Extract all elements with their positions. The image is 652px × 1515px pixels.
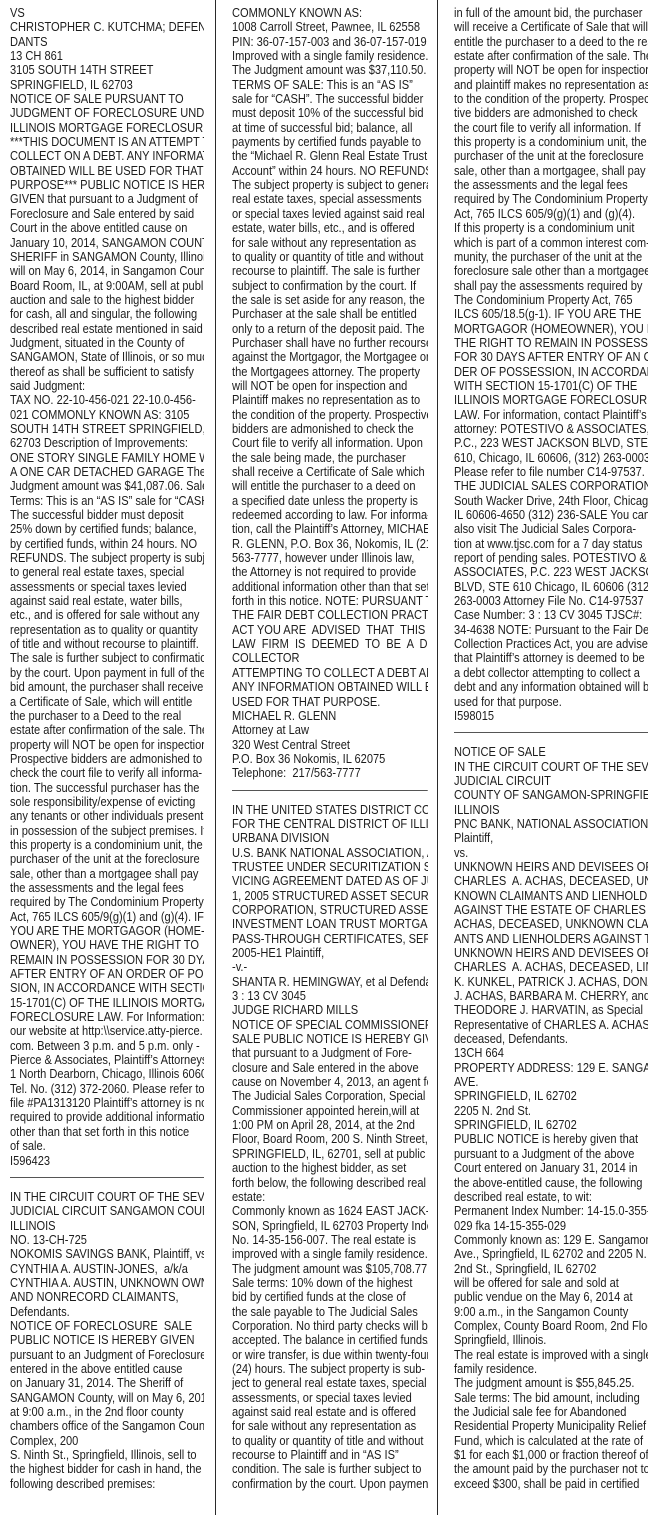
notice-text-line: estate, water bills, etc., and is offere… [232,221,428,235]
notice-text-line: 1 North Dearborn, Chicago, Illinois 6060… [10,1067,204,1081]
notice-text-line: 029 fka 14-15-355-029 [454,1219,648,1233]
notice-text-line: will be offered for sale and sold at [454,1276,648,1290]
column-3: in full of the amount bid, the purchaser… [454,6,648,1515]
notice-text-line: pursuant to a Judgment of the above [454,1147,648,1161]
notice-text-line: will receive a Certificate of Sale that … [454,20,648,34]
notice-text-line: Board Room, IL, at 9:00AM, sell at publi… [10,279,204,293]
notice-text-line: subject to confirmation by the court. If [232,279,428,293]
notice-text-line: IL 60606-4650 (312) 236-SALE You can [454,508,648,522]
notice-text-line: 34-4638 NOTE: Pursuant to the Fair Debt [454,623,648,637]
notice-text-line: ILLINOIS MORTGAGE FORECLOSURE ACT [10,121,204,135]
notice-text-line: ASSOCIATES, P.C. 223 WEST JACKSON [454,565,648,579]
notice-text-line: assessments or special taxes levied [10,580,204,594]
notice-text-line: the highest bidder for cash in hand, the [10,1462,204,1476]
notice-text-line: SPRINGFIELD, IL, 62701, sell at public [232,1147,428,1161]
notice-text-line: attorney: POTESTIVO & ASSOCIATES, [454,422,648,436]
notice-text-line: condition. The sale is further subject t… [232,1462,428,1476]
notice-text-line: The Judicial Sales Corporation, Special [232,1089,428,1103]
notice-text-line: purchaser of the unit at the foreclosure [454,149,648,163]
notice-text-line: P.O. Box 36 Nokomis, IL 62075 [232,752,428,766]
notice-text-line: 13CH 664 [454,1046,648,1060]
notice-text-line: ILCS 605/18.5(g-1). IF YOU ARE THE [454,307,648,321]
notice-text-line: which is part of a common interest com- [454,236,648,250]
notice-text-line: ANY INFORMATION OBTAINED WILL BE [232,680,428,694]
notice-text-line: S. Ninth St., Springfield, Illinois, sel… [10,1448,204,1462]
notice-text-line: deceased, Defendants. [454,1032,648,1046]
notice-text-line: Commissioner appointed herein,will at [232,1104,428,1118]
notice-text-line: Permanent Index Number: 14-15.0-355- [454,1204,648,1218]
notice-text-line: Terms: This is an “AS IS” sale for “CASH… [10,494,204,508]
notice-text-line: Fund, which is calculated at the rate of [454,1434,648,1448]
notice-separator-rule [10,1177,204,1178]
notice-text-line: (24) hours. The subject property is sub- [232,1362,428,1376]
notice-text-line: NOTICE OF SALE PURSUANT TO [10,92,204,106]
notice-text-line: Purchaser shall have no further recourse [232,336,428,350]
notice-text-line: the amount paid by the purchaser not to [454,1462,648,1476]
notice-text-line: I596423 [10,1154,204,1168]
notice-text-line: the sale payable to The Judicial Sales [232,1305,428,1319]
notice-text-line: PUBLIC NOTICE is hereby given that [454,1132,648,1146]
notice-text-line: Residential Property Municipality Relief [454,1419,648,1433]
notice-text-line: Commonly known as: 129 E. Sangamon [454,1233,648,1247]
notice-text-line: Plaintiff makes no representation as to [232,393,428,407]
notice-text-line: MORTGAGOR (HOMEOWNER), YOU HAVE [454,322,648,336]
notice-text-line: shall receive a Certificate of Sale whic… [232,465,428,479]
notice-text-line: used for that purpose. [454,695,648,709]
notice-text-line: representation as to quality or quantity [10,623,204,637]
notice-text-line: Commonly known as 1624 EAST JACK- [232,1204,428,1218]
notice-text-line: forth below, the following described rea… [232,1176,428,1190]
notice-text-line: tion, call the Plaintiff’s Attorney, MIC… [232,522,428,536]
notice-text-line: Telephone: 217/563-7777 [232,766,428,780]
notice-text-line: check the court file to verify all infor… [10,766,204,780]
notice-text-line: PIN: 36-07-157-003 and 36-07-157-019 [232,35,428,49]
notice-text-line: CYNTHIA A. AUSTIN-JONES, a/k/a [10,1262,204,1276]
notice-text-line: tion. The successful purchaser has the [10,781,204,795]
notice-text-line: for sale without any representation as [232,236,428,250]
notice-text-line: MICHAEL R. GLENN [232,709,428,723]
notice-text-line: Please refer to file number C14-97537. [454,465,648,479]
notice-text-line: AVE. [454,1075,648,1089]
notice-text-line: 021 COMMONLY KNOWN AS: 3105 [10,408,204,422]
notice-text-line: Defendants. [10,1305,204,1319]
notice-text-line: ANTS AND LIENHOLDERS AGAINST THE [454,932,648,946]
notice-text-line: Court in the above entitled cause on [10,221,204,235]
notice-text-line: COLLECTOR [232,651,428,665]
notice-text-line: OBTAINED WILL BE USED FOR THAT [10,164,204,178]
notice-text-line: ILLINOIS [454,803,648,817]
notice-text-line: Springfield, Illinois. [454,1333,648,1347]
notice-text-line: the Mortgagees attorney. The property [232,365,428,379]
notice-text-line: this property is a condominium unit, the [454,135,648,149]
notice-text-line: JUDICIAL CIRCUIT [454,774,648,788]
notice-text-line: 15-1701(C) OF THE ILLINOIS MORTGAGE [10,996,204,1010]
notice-text-line: NOTICE OF SALE [454,745,648,759]
notice-text-line: SHANTA R. HEMINGWAY, et al Defendants [232,975,428,989]
notice-text-line: DANTS [10,35,204,49]
notice-text-line: CYNTHIA A. AUSTIN, UNKNOWN OWNERS [10,1276,204,1290]
notice-text-line: thereof as shall be sufficient to satisf… [10,365,204,379]
notice-text-line: 62703 Description of Improvements: [10,436,204,450]
notice-text-line: SOUTH 14TH STREET SPRINGFIELD, IL [10,422,204,436]
notice-text-line: AFTER ENTRY OF AN ORDER OF POSSES- [10,967,204,981]
notice-text-line: Plaintiff, [454,831,648,845]
notice-text-line: The real estate is improved with a singl… [454,1348,648,1362]
notice-text-line: SALE PUBLIC NOTICE IS HEREBY GIVEN [232,1032,428,1046]
notice-text-line: Corporation. No third party checks will … [232,1319,428,1333]
notice-text-line: at time of successful bid; balance, all [232,121,428,135]
notice-text-line: REMAIN IN POSSESSION FOR 30 DYAS [10,953,204,967]
notice-text-line: 1:00 PM on April 28, 2014, at the 2nd [232,1118,428,1132]
notice-text-line: will NOT be open for inspection and [232,379,428,393]
notice-text-line: VICING AGREEMENT DATED AS OF JULY [232,874,428,888]
notice-text-line: Improved with a single family residence. [232,49,428,63]
notice-text-line: that pursuant to a Judgment of Fore- [232,1046,428,1060]
legal-notice-block: VSCHRISTOPHER C. KUTCHMA; DEFEN-DANTS13 … [10,6,204,1168]
notice-text-line: or special taxes levied against said rea… [232,207,428,221]
notice-text-line: in possession of the subject premises. I… [10,824,204,838]
notice-text-line: Floor, Board Room, 200 S. Ninth Street, [232,1132,428,1146]
legal-notice-block: NOTICE OF SALEIN THE CIRCUIT COURT OF TH… [454,745,648,1491]
notice-text-line: for sale without any representation as [232,1419,428,1433]
notice-text-line: entered in the above entitled cause [10,1362,204,1376]
notice-text-line: AND NONRECORD CLAIMANTS, [10,1290,204,1304]
legal-notice-block: IN THE CIRCUIT COURT OF THE SEVENTHJUDIC… [10,1190,204,1491]
notice-text-line: cause on November 4, 2013, an agent for [232,1075,428,1089]
notice-text-line: required by The Condominium Property [454,192,648,206]
notice-text-line: will on May 6, 2014, in Sangamon County [10,264,204,278]
notice-text-line: other than that set forth in this notice [10,1125,204,1139]
notice-text-line: accepted. The balance in certified funds… [232,1333,428,1347]
notice-text-line: GIVEN that pursuant to a Judgment of [10,192,204,206]
notice-text-line: said Judgment: [10,379,204,393]
notice-text-line: YOU ARE THE MORTGAGOR (HOME- [10,924,204,938]
notice-text-line: report of pending sales. POTESTIVO & [454,551,648,565]
notice-text-line: 3105 SOUTH 14TH STREET [10,63,204,77]
notice-text-line: our website at http:\\service.atty-pierc… [10,1024,204,1038]
notice-text-line: bid amount, the purchaser shall receive [10,680,204,694]
notice-text-line: by certified funds, within 24 hours. NO [10,537,204,551]
notice-text-line: Prospective bidders are admonished to [10,752,204,766]
notice-text-line: the sale being made, the purchaser [232,451,428,465]
notice-text-line: to the condition of the property. Prospe… [454,92,648,106]
notice-text-line: No. 14-35-156-007. The real estate is [232,1233,428,1247]
notice-text-line: to quality or quantity of title and with… [232,250,428,264]
notice-text-line: real estate taxes, special assessments [232,192,428,206]
notice-text-line: purchaser of the unit at the foreclosure [10,852,204,866]
notice-text-line: that Plaintiff’s attorney is deemed to b… [454,651,648,665]
notice-text-line: $1 for each $1,000 or fraction thereof o… [454,1448,648,1462]
notice-text-line: The Judgment amount was $37,110.50. [232,63,428,77]
notice-text-line: of title and without recourse to plainti… [10,637,204,651]
notice-text-line: JUDICIAL CIRCUIT SANGAMON COUNTY, [10,1204,204,1218]
notice-text-line: AGAINST THE ESTATE OF CHARLES A. [454,903,648,917]
notice-text-line: 2005-HE1 Plaintiff, [232,946,428,960]
column-3-content: in full of the amount bid, the purchaser… [454,6,648,1491]
notice-text-line: 13 CH 861 [10,49,204,63]
notice-text-line: NOKOMIS SAVINGS BANK, Plaintiff, vs. [10,1247,204,1261]
legal-notice-block: IN THE UNITED STATES DISTRICT COURTFOR T… [232,803,428,1492]
notice-text-line: only to a return of the deposit paid. Th… [232,322,428,336]
notice-text-line: ACT YOU ARE ADVISED THAT THIS [232,623,428,637]
notice-text-line: THEODORE J. HARVATIN, as Special [454,1003,648,1017]
notice-text-line: ATTEMPTING TO COLLECT A DEBT AND [232,666,428,680]
notice-text-line: UNKNOWN HEIRS AND DEVISEES OF [454,860,648,874]
notice-text-line: sale, other than a mortgagee shall pay [10,867,204,881]
notice-text-line: required by The Condominium Property [10,895,204,909]
notice-text-line: LAW FIRM IS DEEMED TO BE A DEBT [232,637,428,651]
notice-text-line: The successful bidder must deposit [10,508,204,522]
notice-text-line: public vendue on the May 6, 2014 at [454,1290,648,1304]
notice-text-line: The subject property is subject to gener… [232,178,428,192]
notice-text-line: Act, 765 ILCS 605/9(g)(1) and (g)(4). [454,207,648,221]
notice-text-line: ONE STORY SINGLE FAMILY HOME WITH [10,451,204,465]
notice-text-line: Collection Practices Act, you are advise… [454,637,648,651]
notice-text-line: improved with a single family residence. [232,1247,428,1261]
notice-text-line: Representative of CHARLES A. ACHAS, [454,1018,648,1032]
notice-text-line: ject to general real estate taxes, speci… [232,1376,428,1390]
notice-text-line: REFUNDS. The subject property is subject [10,551,204,565]
notice-text-line: NOTICE OF FORECLOSURE SALE [10,1319,204,1333]
notice-text-line: the court file to verify all information… [454,121,648,135]
notice-text-line: THE JUDICIAL SALES CORPORATION One [454,479,648,493]
notice-text-line: URBANA DIVISION [232,831,428,845]
notice-text-line: DER OF POSSESSION, IN ACCORDANCE [454,365,648,379]
notice-text-line: the “Michael R. Glenn Real Estate Trust [232,149,428,163]
notice-text-line: CHARLES A. ACHAS, DECEASED, UN- [454,874,648,888]
notice-text-line: estate after confirmation of the sale. T… [10,723,204,737]
notice-text-line: PNC BANK, NATIONAL ASSOCIATION, [454,817,648,831]
notice-text-line: of sale. [10,1139,204,1153]
notice-text-line: etc., and is offered for sale without an… [10,608,204,622]
notice-text-line: by the court. Upon payment in full of th… [10,666,204,680]
notice-text-line: BLVD, STE 610 Chicago, IL 60606 (312) [454,580,648,594]
notice-text-line: Attorney at Law [232,723,428,737]
notice-text-line: entitle the purchaser to a deed to the r… [454,35,648,49]
notice-text-line: J. ACHAS, BARBARA M. CHERRY, and [454,989,648,1003]
notice-text-line: Complex, 200 [10,1434,204,1448]
notice-text-line: Complex, County Board Room, 2nd Floor, [454,1319,648,1333]
notice-text-line: additional information other than that s… [232,580,428,594]
notice-text-line: at 9:00 a.m., in the 2nd floor county [10,1405,204,1419]
notice-text-line: Judgment, situated in the County of [10,336,204,350]
notice-text-line: COUNTY OF SANGAMON-SPRINGFIELD, [454,788,648,802]
notice-text-line: JUDGE RICHARD MILLS [232,1003,428,1017]
notice-text-line: ILLINOIS MORTGAGE FORECLOSURE [454,393,648,407]
notice-text-line: bidders are admonished to check the [232,422,428,436]
notice-text-line: FOR 30 DAYS AFTER ENTRY OF AN OR- [454,350,648,364]
notice-text-line: 320 West Central Street [232,738,428,752]
column-divider [215,0,216,1515]
notice-text-line: munity, the purchaser of the unit at the [454,250,648,264]
notice-text-line: Ave., Springfield, IL 62702 and 2205 N. [454,1247,648,1261]
notice-text-line: SION, IN ACCORDANCE WITH SECTION [10,981,204,995]
notice-text-line: CHRISTOPHER C. KUTCHMA; DEFEN- [10,20,204,34]
notice-text-line: SHERIFF in SANGAMON County, Illinois, [10,250,204,264]
notice-text-line: 2nd St., Springfield, IL 62702 [454,1262,648,1276]
notice-text-line: Court entered on January 31, 2014 in [454,1161,648,1175]
notice-text-line: INVESTMENT LOAN TRUST MORTGAGE [232,917,428,931]
notice-text-line: Tel. No. (312) 372-2060. Please refer to [10,1082,204,1096]
notice-text-line: shall pay the assessments required by [454,279,648,293]
notice-text-line: USED FOR THAT PURPOSE. [232,695,428,709]
notice-text-line: 25% down by certified funds; balance, [10,522,204,536]
notice-text-line: tive bidders are admonished to check [454,106,648,120]
notice-text-line: If this property is a condominium unit [454,221,648,235]
notice-text-line: assessments, or special taxes levied [232,1391,428,1405]
notice-text-line: LAW. For information, contact Plaintiff’… [454,408,648,422]
notice-text-line: estate after confirmation of the sale. T… [454,49,648,63]
notice-text-line: pursuant to an Judgment of Foreclosure [10,1348,204,1362]
notice-text-line: 2205 N. 2nd St. [454,1104,648,1118]
notice-text-line: a specified date unless the property is [232,494,428,508]
notice-text-line: PUBLIC NOTICE IS HEREBY GIVEN [10,1333,204,1347]
notice-text-line: or wire transfer, is due within twenty-f… [232,1348,428,1362]
notice-text-line: debt and any information obtained will b… [454,680,648,694]
notice-text-line: A ONE CAR DETACHED GARAGE The [10,465,204,479]
notice-text-line: SANGAMON County, will on May 6, 2014 [10,1391,204,1405]
notice-text-line: KNOWN CLAIMANTS AND LIENHOLDERS [454,889,648,903]
notice-text-line: TERMS OF SALE: This is an “AS IS” [232,78,428,92]
notice-text-line: 563-7777, however under Illinois law, [232,551,428,565]
notice-text-line: Judgment amount was $41,087.06. Sale [10,479,204,493]
notice-text-line: sole responsibility/expense of evicting [10,795,204,809]
notice-text-line: against said real estate and is offered [232,1405,428,1419]
notice-text-line: JUDGMENT OF FORECLOSURE UNDER [10,106,204,120]
notice-text-line: NOTICE OF SPECIAL COMMISSIONER’S [232,1018,428,1032]
notice-text-line: the sale is set aside for any reason, th… [232,293,428,307]
notice-text-line: to general real estate taxes, special [10,565,204,579]
notice-text-line: and plaintiff makes no representation as [454,78,648,92]
notice-text-line: The judgment amount is $55,845.25. [454,1376,648,1390]
notice-text-line: Foreclosure and Sale entered by said [10,207,204,221]
notice-text-line: I598015 [454,709,648,723]
legal-notices-page: VSCHRISTOPHER C. KUTCHMA; DEFEN-DANTS13 … [0,0,652,1515]
notice-text-line: NO. 13-CH-725 [10,1233,204,1247]
notice-text-line: WITH SECTION 15-1701(C) OF THE [454,379,648,393]
notice-text-line: also visit The Judicial Sales Corpora- [454,522,648,536]
notice-text-line: estate: [232,1190,428,1204]
notice-text-line: exceed $300, shall be paid in certified [454,1477,648,1491]
notice-text-line: SANGAMON, State of Illinois, or so much [10,350,204,364]
notice-text-line: closure and Sale entered in the above [232,1061,428,1075]
notice-text-line: The Condominium Property Act, 765 [454,293,648,307]
notice-text-line: 610, Chicago, IL 60606, (312) 263-0003. [454,451,648,465]
notice-text-line: on January 31, 2014. The Sheriff of [10,1376,204,1390]
notice-text-line: auction and sale to the highest bidder [10,293,204,307]
notice-text-line: R. GLENN, P.O. Box 36, Nokomis, IL (217) [232,537,428,551]
notice-text-line: 9:00 a.m., in the Sangamon County [454,1305,648,1319]
notice-text-line: 1, 2005 STRUCTURED ASSET SECURITIES [232,889,428,903]
notice-text-line: the above-entitled cause, the following [454,1176,648,1190]
notice-text-line: TAX NO. 22-10-456-021 22-10.0-456- [10,393,204,407]
notice-text-line: described real estate mentioned in said [10,322,204,336]
notice-text-line: Court file to verify all information. Up… [232,436,428,450]
notice-text-line: will entitle the purchaser to a deed on [232,479,428,493]
column-divider [437,0,438,1515]
notice-text-line: vs. [454,846,648,860]
notice-text-line: SON, Springfield, IL 62703 Property Inde… [232,1219,428,1233]
notice-text-line: following described premises: [10,1477,204,1491]
notice-text-line: tion at www.tjsc.com for a 7 day status [454,537,648,551]
notice-text-line: COLLECT ON A DEBT. ANY INFORMATION [10,149,204,163]
notice-text-line: January 10, 2014, SANGAMON COUNTY [10,236,204,250]
notice-text-line: family residence. [454,1362,648,1376]
notice-text-line: COMMONLY KNOWN AS: [232,6,428,20]
notice-text-line: PURPOSE*** PUBLIC NOTICE IS HEREBY [10,178,204,192]
notice-text-line: UNKNOWN HEIRS AND DEVISEES OF [454,946,648,960]
notice-text-line: 263-0003 Attorney File No. C14-97537 [454,594,648,608]
notice-text-line: Sale terms: The bid amount, including [454,1391,648,1405]
notice-text-line: against the Mortgagor, the Mortgagee or [232,350,428,364]
notice-text-line: the Attorney is not required to provide [232,565,428,579]
notice-text-line: the condition of the property. Prospecti… [232,408,428,422]
notice-text-line: P.C., 223 WEST JACKSON BLVD, STE [454,436,648,450]
notice-text-line: IN THE UNITED STATES DISTRICT COURT [232,803,428,817]
column-2-content: COMMONLY KNOWN AS:1008 Carroll Street, P… [232,6,428,1491]
notice-text-line: property will NOT be open for inspection [454,63,648,77]
notice-text-line: FOR THE CENTRAL DISTRICT OF ILLINOIS [232,817,428,831]
notice-text-line: sale for “CASH”. The successful bidder [232,92,428,106]
notice-text-line: IN THE CIRCUIT COURT OF THE SEVENTH [10,1190,204,1204]
notice-text-line: OWNER), YOU HAVE THE RIGHT TO [10,938,204,952]
column-1: VSCHRISTOPHER C. KUTCHMA; DEFEN-DANTS13 … [10,6,204,1515]
notice-text-line: must deposit 10% of the successful bid [232,106,428,120]
column-2: COMMONLY KNOWN AS:1008 Carroll Street, P… [232,6,428,1515]
notice-text-line: Account” within 24 hours. NO REFUNDS. [232,164,428,178]
notice-separator-rule [454,732,648,733]
notice-text-line: this property is a condominium unit, the [10,838,204,852]
notice-text-line: ***THIS DOCUMENT IS AN ATTEMPT TO [10,135,204,149]
notice-text-line: K. KUNKEL, PATRICK J. ACHAS, DONALD [454,975,648,989]
column-1-content: VSCHRISTOPHER C. KUTCHMA; DEFEN-DANTS13 … [10,6,204,1491]
notice-text-line: recourse to Plaintiff and in “AS IS” [232,1448,428,1462]
notice-text-line: CORPORATION, STRUCTURED ASSET [232,903,428,917]
notice-text-line: FORECLOSURE LAW. For Information: Visit [10,1010,204,1024]
notice-text-line: payments by certified funds payable to [232,135,428,149]
notice-text-line: a debt collector attempting to collect a [454,666,648,680]
notice-text-line: 3 : 13 CV 3045 [232,989,428,1003]
notice-text-line: property will NOT be open for inspection… [10,738,204,752]
notice-text-line: file #PA1313120 Plaintiff’s attorney is … [10,1096,204,1110]
notice-text-line: foreclosure sale other than a mortgagee [454,264,648,278]
notice-text-line: IN THE CIRCUIT COURT OF THE SEVENTH [454,760,648,774]
notice-text-line: U.S. BANK NATIONAL ASSOCIATION, AS [232,846,428,860]
notice-text-line: against said real estate, water bills, [10,594,204,608]
notice-text-line: TRUSTEE UNDER SECURITIZATION SER- [232,860,428,874]
notice-text-line: bid by certified funds at the close of [232,1290,428,1304]
notice-text-line: ACHAS, DECEASED, UNKNOWN CLAIM- [454,917,648,931]
notice-separator-rule [232,790,428,791]
notice-text-line: CHARLES A. ACHAS, DECEASED, LINDA [454,960,648,974]
notice-text-line: THE FAIR DEBT COLLECTION PRACTICES [232,608,428,622]
notice-text-line: to quality or quantity of title and with… [232,1434,428,1448]
notice-text-line: SPRINGFIELD, IL 62702 [454,1089,648,1103]
notice-text-line: described real estate, to wit: [454,1190,648,1204]
notice-text-line: chambers office of the Sangamon County [10,1419,204,1433]
notice-text-line: VS [10,6,204,20]
notice-text-line: confirmation by the court. Upon payment [232,1477,428,1491]
notice-text-line: recourse to plaintiff. The sale is furth… [232,264,428,278]
notice-text-line: Sale terms: 10% down of the highest [232,1276,428,1290]
notice-text-line: for cash, all and singular, the followin… [10,307,204,321]
notice-text-line: Act, 765 ILCS 605/9(g)(1) and (g)(4). IF [10,910,204,924]
notice-text-line: redeemed according to law. For informa- [232,508,428,522]
notice-text-line: Case Number: 3 : 13 CV 3045 TJSC#: [454,608,648,622]
notice-text-line: South Wacker Drive, 24th Floor, Chicago, [454,494,648,508]
notice-text-line: any tenants or other individuals present… [10,809,204,823]
notice-text-line: the Judicial sale fee for Abandoned [454,1405,648,1419]
